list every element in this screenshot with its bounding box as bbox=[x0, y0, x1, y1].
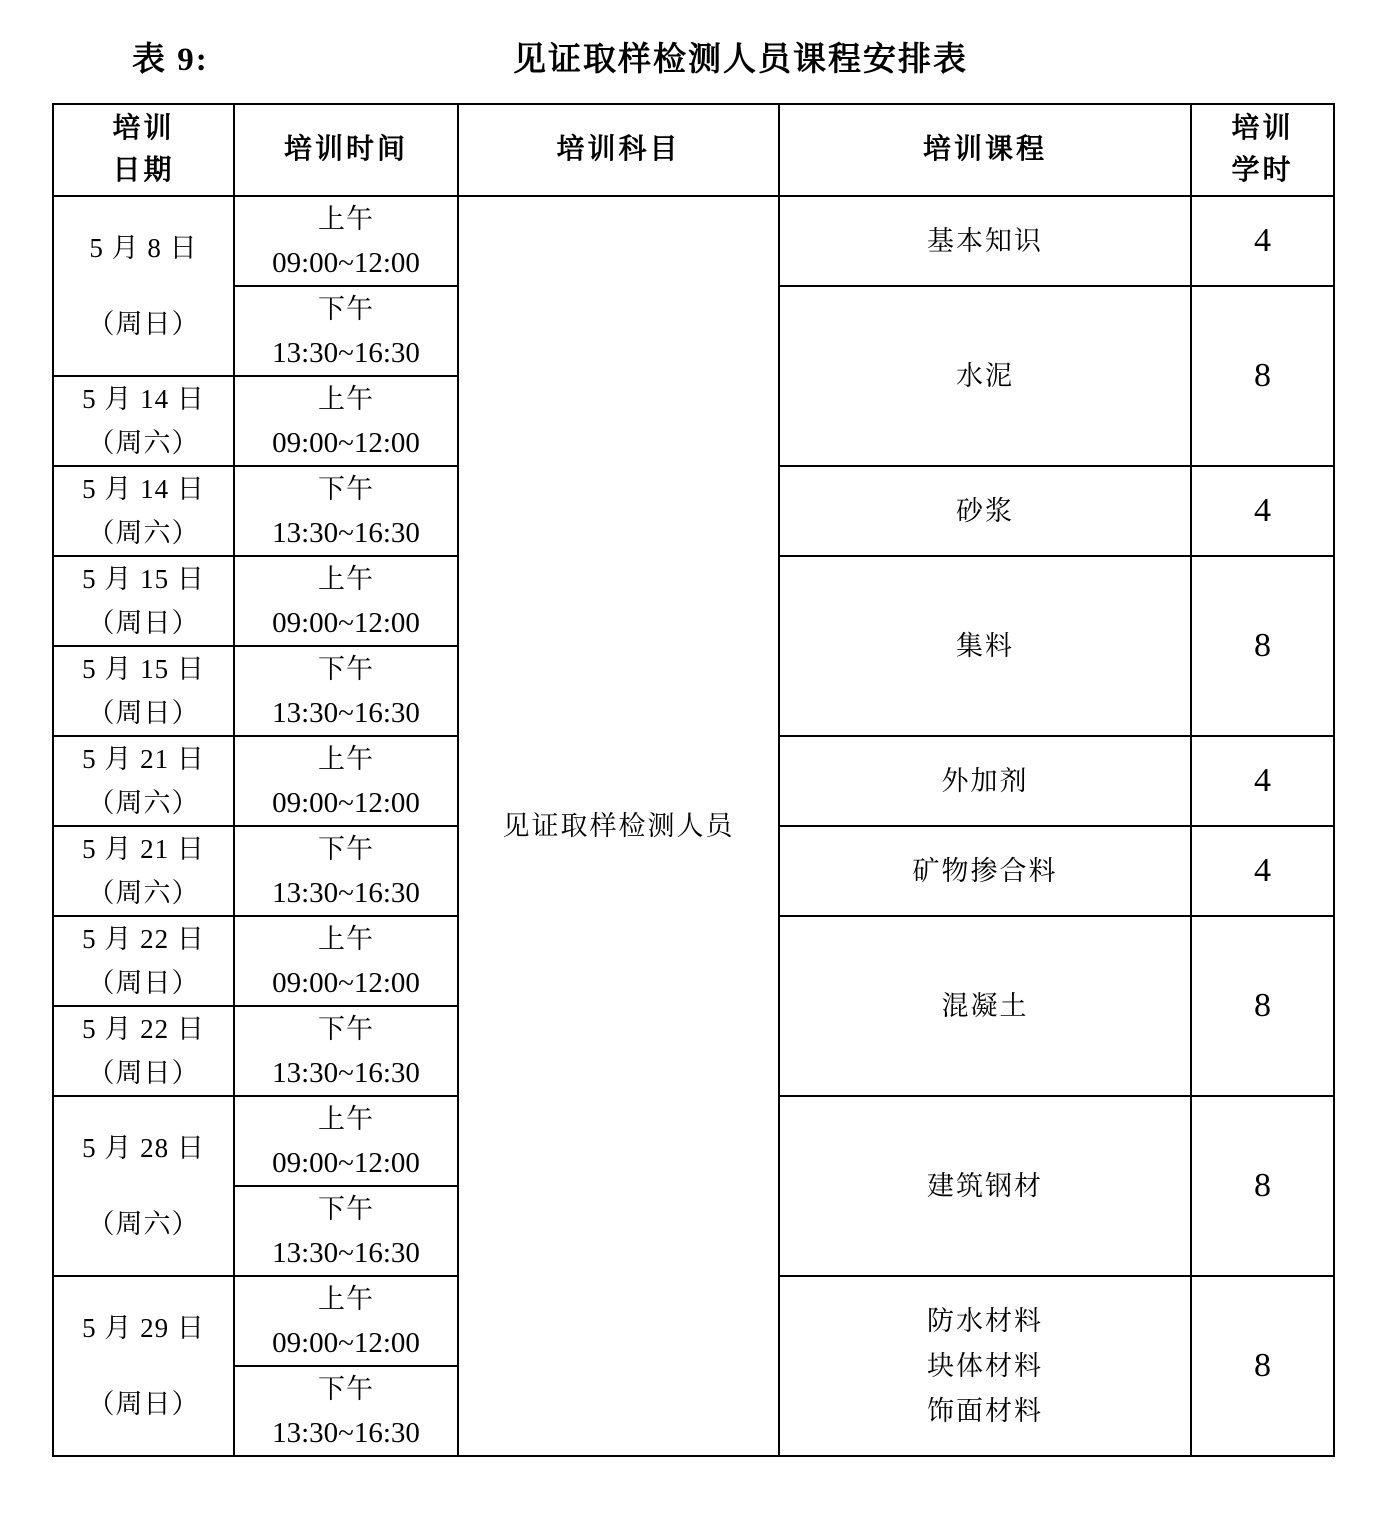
time-period: 下午 bbox=[235, 467, 457, 511]
course-cell: 防水材料块体材料饰面材料 bbox=[779, 1276, 1191, 1456]
time-cell: 上午09:00~12:00 bbox=[234, 556, 458, 646]
time-cell: 下午13:30~16:30 bbox=[234, 1186, 458, 1276]
time-cell: 下午13:30~16:30 bbox=[234, 1006, 458, 1096]
date-line: （周六） bbox=[54, 871, 233, 915]
hours-value: 8 bbox=[1192, 1166, 1333, 1206]
date-line: （周日） bbox=[54, 1051, 233, 1095]
schedule-table: 培训 日期 培训时间 培训科目 培训课程 培训 学时 5 月 8 日（周日）上午… bbox=[52, 103, 1335, 1457]
time-cell: 上午09:00~12:00 bbox=[234, 1096, 458, 1186]
header-time: 培训时间 bbox=[234, 104, 458, 196]
table-number-label: 表 9: bbox=[132, 33, 209, 80]
course-cell: 集料 bbox=[779, 556, 1191, 736]
hours-value: 8 bbox=[1192, 1346, 1333, 1386]
time-range: 13:30~16:30 bbox=[235, 691, 457, 735]
time-range: 13:30~16:30 bbox=[235, 1411, 457, 1455]
date-line: （周六） bbox=[54, 781, 233, 825]
time-range: 13:30~16:30 bbox=[235, 1051, 457, 1095]
hours-cell: 4 bbox=[1191, 466, 1334, 556]
time-cell: 上午09:00~12:00 bbox=[234, 196, 458, 286]
date-line: （周六） bbox=[54, 421, 233, 465]
time-range: 09:00~12:00 bbox=[235, 961, 457, 1005]
time-cell: 下午13:30~16:30 bbox=[234, 826, 458, 916]
course-name: 建筑钢材 bbox=[780, 1164, 1190, 1209]
date-cell: 5 月 21 日（周六） bbox=[53, 826, 234, 916]
time-cell: 下午13:30~16:30 bbox=[234, 286, 458, 376]
time-period: 上午 bbox=[235, 197, 457, 241]
date-line: 5 月 14 日 bbox=[54, 377, 233, 421]
time-cell: 上午09:00~12:00 bbox=[234, 736, 458, 826]
date-line: （周日） bbox=[54, 1366, 233, 1442]
date-line: 5 月 29 日 bbox=[54, 1290, 233, 1366]
time-cell: 上午09:00~12:00 bbox=[234, 916, 458, 1006]
date-cell: 5 月 15 日（周日） bbox=[53, 646, 234, 736]
date-line: 5 月 8 日 bbox=[54, 210, 233, 286]
course-cell: 外加剂 bbox=[779, 736, 1191, 826]
date-cell: 5 月 14 日（周六） bbox=[53, 376, 234, 466]
time-cell: 上午09:00~12:00 bbox=[234, 1276, 458, 1366]
hours-cell: 8 bbox=[1191, 286, 1334, 466]
time-range: 13:30~16:30 bbox=[235, 871, 457, 915]
time-period: 上午 bbox=[235, 737, 457, 781]
course-name: 混凝土 bbox=[780, 984, 1190, 1029]
date-line: （周日） bbox=[54, 691, 233, 735]
date-cell: 5 月 28 日（周六） bbox=[53, 1096, 234, 1276]
time-period: 下午 bbox=[235, 287, 457, 331]
time-range: 09:00~12:00 bbox=[235, 601, 457, 645]
date-cell: 5 月 22 日（周日） bbox=[53, 1006, 234, 1096]
hours-cell: 4 bbox=[1191, 196, 1334, 286]
page-title: 见证取样检测人员课程安排表 bbox=[513, 33, 968, 80]
course-name: 矿物掺合料 bbox=[780, 849, 1190, 894]
schedule-table-body: 5 月 8 日（周日）上午09:00~12:00见证取样检测人员基本知识4下午1… bbox=[53, 196, 1334, 1456]
date-cell: 5 月 29 日（周日） bbox=[53, 1276, 234, 1456]
header-line: 培训课程 bbox=[780, 129, 1190, 171]
date-line: 5 月 15 日 bbox=[54, 647, 233, 691]
header-line: 培训科目 bbox=[459, 129, 778, 171]
subject-cell: 见证取样检测人员 bbox=[458, 196, 779, 1456]
course-name: 水泥 bbox=[780, 354, 1190, 399]
time-period: 下午 bbox=[235, 1007, 457, 1051]
date-line: （周六） bbox=[54, 1186, 233, 1262]
course-name: 防水材料 bbox=[780, 1299, 1190, 1344]
hours-value: 4 bbox=[1192, 851, 1333, 891]
hours-value: 4 bbox=[1192, 761, 1333, 801]
time-cell: 下午13:30~16:30 bbox=[234, 1366, 458, 1456]
date-cell: 5 月 15 日（周日） bbox=[53, 556, 234, 646]
header-line: 学时 bbox=[1192, 150, 1333, 192]
time-period: 上午 bbox=[235, 557, 457, 601]
time-range: 09:00~12:00 bbox=[235, 1321, 457, 1365]
date-line: 5 月 28 日 bbox=[54, 1110, 233, 1186]
header-hours: 培训 学时 bbox=[1191, 104, 1334, 196]
hours-value: 4 bbox=[1192, 221, 1333, 261]
course-name: 块体材料 bbox=[780, 1344, 1190, 1389]
header-line: 培训 bbox=[1192, 108, 1333, 150]
time-period: 上午 bbox=[235, 917, 457, 961]
date-cell: 5 月 21 日（周六） bbox=[53, 736, 234, 826]
date-line: 5 月 14 日 bbox=[54, 467, 233, 511]
date-line: 5 月 22 日 bbox=[54, 1007, 233, 1051]
date-line: 5 月 21 日 bbox=[54, 827, 233, 871]
header-date: 培训 日期 bbox=[53, 104, 234, 196]
subject-name: 见证取样检测人员 bbox=[459, 806, 778, 846]
course-cell: 水泥 bbox=[779, 286, 1191, 466]
course-cell: 建筑钢材 bbox=[779, 1096, 1191, 1276]
time-period: 上午 bbox=[235, 377, 457, 421]
time-range: 09:00~12:00 bbox=[235, 1141, 457, 1185]
header-course: 培训课程 bbox=[779, 104, 1191, 196]
hours-cell: 4 bbox=[1191, 736, 1334, 826]
time-period: 下午 bbox=[235, 1187, 457, 1231]
date-line: （周日） bbox=[54, 601, 233, 645]
course-name: 集料 bbox=[780, 624, 1190, 669]
table-row: 5 月 8 日（周日）上午09:00~12:00见证取样检测人员基本知识4 bbox=[53, 196, 1334, 286]
time-period: 下午 bbox=[235, 647, 457, 691]
hours-value: 8 bbox=[1192, 986, 1333, 1026]
date-line: （周日） bbox=[54, 961, 233, 1005]
header-row: 培训 日期 培训时间 培训科目 培训课程 培训 学时 bbox=[53, 104, 1334, 196]
course-name: 基本知识 bbox=[780, 219, 1190, 264]
time-period: 下午 bbox=[235, 1367, 457, 1411]
date-line: （周日） bbox=[54, 286, 233, 362]
time-range: 09:00~12:00 bbox=[235, 421, 457, 465]
date-line: （周六） bbox=[54, 511, 233, 555]
time-cell: 下午13:30~16:30 bbox=[234, 466, 458, 556]
date-cell: 5 月 22 日（周日） bbox=[53, 916, 234, 1006]
course-name: 饰面材料 bbox=[780, 1389, 1190, 1434]
header-line: 日期 bbox=[54, 150, 233, 192]
time-cell: 上午09:00~12:00 bbox=[234, 376, 458, 466]
time-period: 上午 bbox=[235, 1097, 457, 1141]
header-subject: 培训科目 bbox=[458, 104, 779, 196]
time-period: 上午 bbox=[235, 1277, 457, 1321]
time-range: 13:30~16:30 bbox=[235, 1231, 457, 1275]
hours-cell: 8 bbox=[1191, 556, 1334, 736]
time-period: 下午 bbox=[235, 827, 457, 871]
caption: 表 9: 见证取样检测人员课程安排表 bbox=[52, 33, 1333, 79]
hours-value: 4 bbox=[1192, 491, 1333, 531]
course-cell: 矿物掺合料 bbox=[779, 826, 1191, 916]
hours-cell: 8 bbox=[1191, 1096, 1334, 1276]
time-range: 09:00~12:00 bbox=[235, 241, 457, 285]
course-name: 外加剂 bbox=[780, 759, 1190, 804]
hours-value: 8 bbox=[1192, 626, 1333, 666]
time-range: 09:00~12:00 bbox=[235, 781, 457, 825]
date-cell: 5 月 14 日（周六） bbox=[53, 466, 234, 556]
header-line: 培训 bbox=[54, 108, 233, 150]
date-line: 5 月 15 日 bbox=[54, 557, 233, 601]
date-cell: 5 月 8 日（周日） bbox=[53, 196, 234, 376]
hours-cell: 4 bbox=[1191, 826, 1334, 916]
date-line: 5 月 21 日 bbox=[54, 737, 233, 781]
hours-value: 8 bbox=[1192, 356, 1333, 396]
course-cell: 砂浆 bbox=[779, 466, 1191, 556]
course-name: 砂浆 bbox=[780, 489, 1190, 534]
time-range: 13:30~16:30 bbox=[235, 511, 457, 555]
hours-cell: 8 bbox=[1191, 1276, 1334, 1456]
date-line: 5 月 22 日 bbox=[54, 917, 233, 961]
time-cell: 下午13:30~16:30 bbox=[234, 646, 458, 736]
course-cell: 混凝土 bbox=[779, 916, 1191, 1096]
header-line: 培训时间 bbox=[235, 129, 457, 171]
time-range: 13:30~16:30 bbox=[235, 331, 457, 375]
course-cell: 基本知识 bbox=[779, 196, 1191, 286]
hours-cell: 8 bbox=[1191, 916, 1334, 1096]
